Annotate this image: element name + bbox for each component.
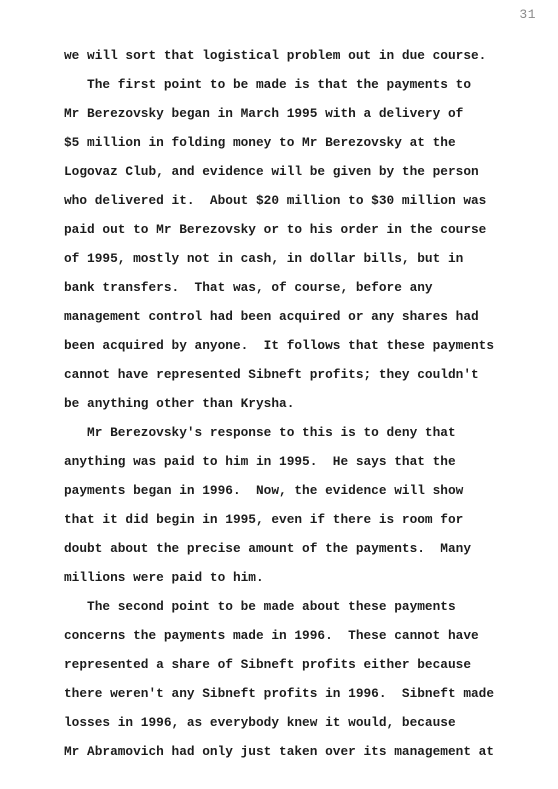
text-line: Mr Berezovsky's response to this is to d… (64, 418, 534, 447)
document-page: 31 we will sort that logistical problem … (0, 0, 558, 789)
text-line: Logovaz Club, and evidence will be given… (64, 157, 534, 186)
text-line: there weren't any Sibneft profits in 199… (64, 679, 534, 708)
text-line: that it did begin in 1995, even if there… (64, 505, 534, 534)
text-line: management control had been acquired or … (64, 302, 534, 331)
text-line: doubt about the precise amount of the pa… (64, 534, 534, 563)
text-line: of 1995, mostly not in cash, in dollar b… (64, 244, 534, 273)
text-line: concerns the payments made in 1996. Thes… (64, 621, 534, 650)
text-line: be anything other than Krysha. (64, 389, 534, 418)
text-line: The first point to be made is that the p… (64, 70, 534, 99)
text-line: millions were paid to him. (64, 563, 534, 592)
text-line: Mr Abramovich had only just taken over i… (64, 737, 534, 766)
text-line: bank transfers. That was, of course, bef… (64, 273, 534, 302)
text-line: we will sort that logistical problem out… (64, 41, 534, 70)
text-line: who delivered it. About $20 million to $… (64, 186, 534, 215)
text-line: Mr Berezovsky began in March 1995 with a… (64, 99, 534, 128)
page-number: 31 (519, 7, 536, 22)
text-line: anything was paid to him in 1995. He say… (64, 447, 534, 476)
text-line: $5 million in folding money to Mr Berezo… (64, 128, 534, 157)
transcript-text-block: we will sort that logistical problem out… (64, 41, 534, 766)
text-line: The second point to be made about these … (64, 592, 534, 621)
text-line: been acquired by anyone. It follows that… (64, 331, 534, 360)
text-line: cannot have represented Sibneft profits;… (64, 360, 534, 389)
text-line: paid out to Mr Berezovsky or to his orde… (64, 215, 534, 244)
text-line: payments began in 1996. Now, the evidenc… (64, 476, 534, 505)
text-line: represented a share of Sibneft profits e… (64, 650, 534, 679)
text-line: losses in 1996, as everybody knew it wou… (64, 708, 534, 737)
